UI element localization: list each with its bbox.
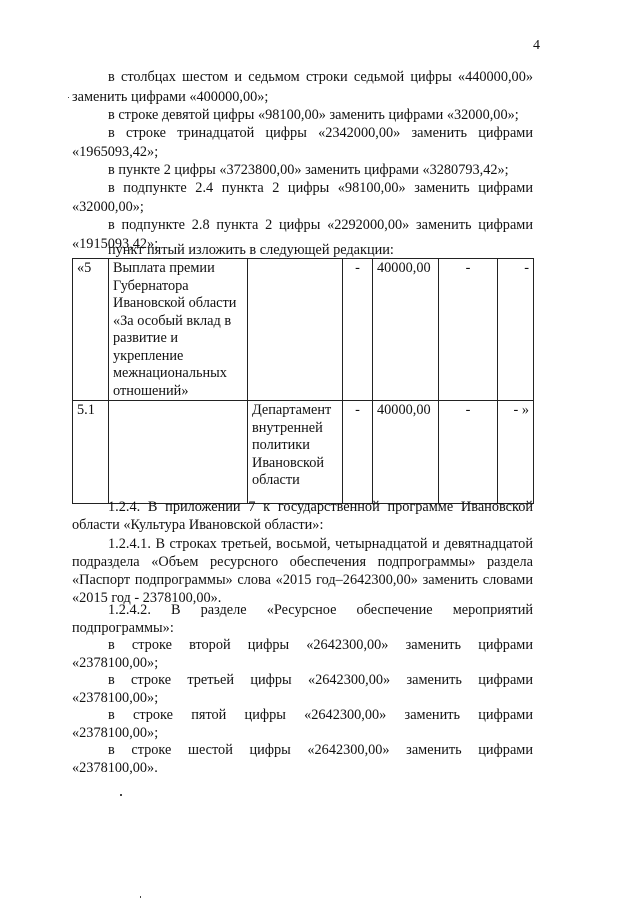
- cell-value: -: [439, 259, 498, 401]
- text-line: пункт пятый изложить в следующей редакци…: [108, 241, 394, 259]
- text-line: в подпункте 2.4 пункта 2 цифры «98100,00…: [108, 179, 533, 197]
- cell-value: -: [498, 259, 534, 401]
- text-line: «2378100,00»;: [72, 654, 158, 672]
- executor: Департамент внутренней политики Ивановск…: [248, 401, 343, 504]
- measure-name: [109, 401, 248, 504]
- scan-speck: [68, 97, 69, 98]
- text-line: в столбцах шестом и седьмом строки седьм…: [108, 68, 533, 86]
- scan-speck: [140, 896, 141, 898]
- text-line: в строке шестой цифры «2642300,00» замен…: [108, 741, 533, 759]
- text-line: заменить цифрами «400000,00»;: [72, 88, 268, 106]
- table-row: 5.1 Департамент внутренней политики Иван…: [73, 401, 534, 504]
- text-line: в пункте 2 цифры «3723800,00» заменить ц…: [108, 161, 509, 179]
- row-number: «5: [73, 259, 109, 401]
- text-line: «Паспорт подпрограммы» слова «2015 год–2…: [72, 571, 533, 589]
- text-line: 1.2.4.2. В разделе «Ресурсное обеспечени…: [108, 601, 533, 619]
- text-line: в строке пятой цифры «2642300,00» замени…: [108, 706, 533, 724]
- text-line: подраздела «Объем ресурсного обеспечения…: [72, 553, 533, 571]
- row-number: 5.1: [73, 401, 109, 504]
- executor: [248, 259, 343, 401]
- text-line: в подпункте 2.8 пункта 2 цифры «2292000,…: [108, 216, 533, 234]
- text-line: «2378100,00»;: [72, 689, 158, 707]
- text-line: области «Культура Ивановской области»:: [72, 516, 323, 534]
- page-number: 4: [533, 38, 540, 54]
- text-line: «1965093,42»;: [72, 143, 158, 161]
- text-line: в строке тринадцатой цифры «2342000,00» …: [108, 124, 533, 142]
- cell-value: -: [343, 259, 373, 401]
- cell-amount: 40000,00: [373, 259, 439, 401]
- text-line: в строке девятой цифры «98100,00» замени…: [108, 106, 519, 124]
- table-row: «5 Выплата премии Губернатора Ивановской…: [73, 259, 534, 401]
- measure-name: Выплата премии Губернатора Ивановской об…: [109, 259, 248, 401]
- text-line: 1.2.4. В приложении 7 к государственной …: [108, 498, 533, 516]
- cell-amount: 40000,00: [373, 401, 439, 504]
- text-line: «2378100,00»;: [72, 724, 158, 742]
- text-line: «32000,00»;: [72, 198, 144, 216]
- cell-value: - »: [498, 401, 534, 504]
- scan-speck: [120, 794, 122, 796]
- text-line: «2378100,00».: [72, 759, 158, 777]
- amendment-table: «5 Выплата премии Губернатора Ивановской…: [72, 258, 534, 504]
- cell-value: -: [439, 401, 498, 504]
- text-line: в строке второй цифры «2642300,00» замен…: [108, 636, 533, 654]
- text-line: подпрограммы»:: [72, 619, 174, 637]
- text-line: 1.2.4.1. В строках третьей, восьмой, чет…: [108, 535, 533, 553]
- cell-value: -: [343, 401, 373, 504]
- text-line: в строке третьей цифры «2642300,00» заме…: [108, 671, 533, 689]
